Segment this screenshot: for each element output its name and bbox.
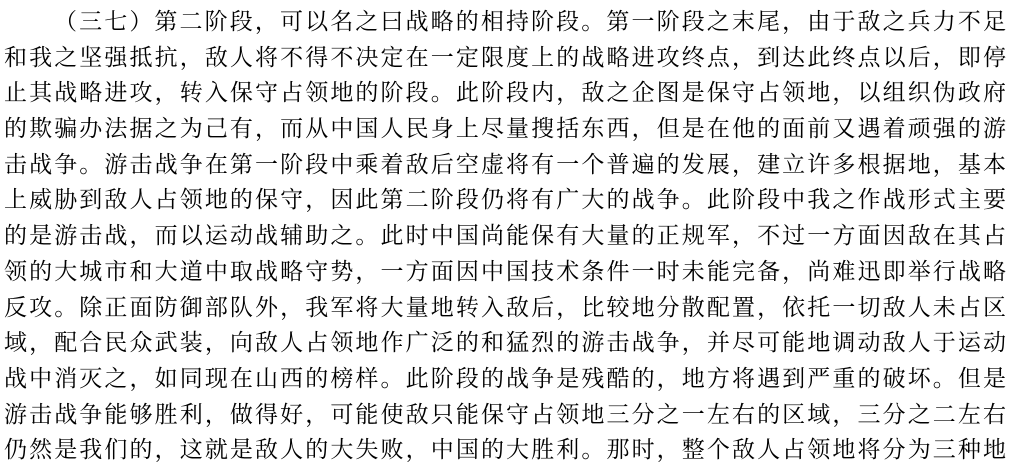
text-line: 仍然是我们的，这就是敌人的大失败，中国的大胜利。那时，整个敌人占领地将分为三种地 — [4, 432, 1008, 468]
text-line: 上威胁到敌人占领地的保守，因此第二阶段仍将有广大的战争。此阶段中我之作战形式主要 — [4, 182, 1008, 218]
text-line: 游击战争能够胜利，做得好，可能使敌只能保守占领地三分之一左右的区域，三分之二左右 — [4, 397, 1008, 433]
paragraph: （三七）第二阶段，可以名之曰战略的相持阶段。第一阶段之末尾，由于敌之兵力不足和我… — [4, 4, 1008, 468]
text-line: 和我之坚强抵抗，敌人将不得不决定在一定限度上的战略进攻终点，到达此终点以后，即停 — [4, 40, 1008, 76]
text-line: 的是游击战，而以运动战辅助之。此时中国尚能保有大量的正规军，不过一方面因敌在其占 — [4, 218, 1008, 254]
document-page: （三七）第二阶段，可以名之曰战略的相持阶段。第一阶段之末尾，由于敌之兵力不足和我… — [0, 0, 1012, 469]
text-line: （三七）第二阶段，可以名之曰战略的相持阶段。第一阶段之末尾，由于敌之兵力不足 — [4, 4, 1008, 40]
text-line: 的欺骗办法据之为己有，而从中国人民身上尽量搜括东西，但是在他的面前又遇着顽强的游 — [4, 111, 1008, 147]
text-line: 域，配合民众武装，向敌人占领地作广泛的和猛烈的游击战争，并尽可能地调动敌人于运动 — [4, 325, 1008, 361]
text-line: 战中消灭之，如同现在山西的榜样。此阶段的战争是残酷的，地方将遇到严重的破坏。但是 — [4, 361, 1008, 397]
text-line: 反攻。除正面防御部队外，我军将大量地转入敌后，比较地分散配置，依托一切敌人未占区 — [4, 290, 1008, 326]
text-line: 击战争。游击战争在第一阶段中乘着敌后空虚将有一个普遍的发展，建立许多根据地，基本 — [4, 147, 1008, 183]
text-line: 领的大城市和大道中取战略守势，一方面因中国技术条件一时未能完备，尚难迅即举行战略 — [4, 254, 1008, 290]
text-line: 止其战略进攻，转入保守占领地的阶段。此阶段内，敌之企图是保守占领地，以组织伪政府 — [4, 75, 1008, 111]
